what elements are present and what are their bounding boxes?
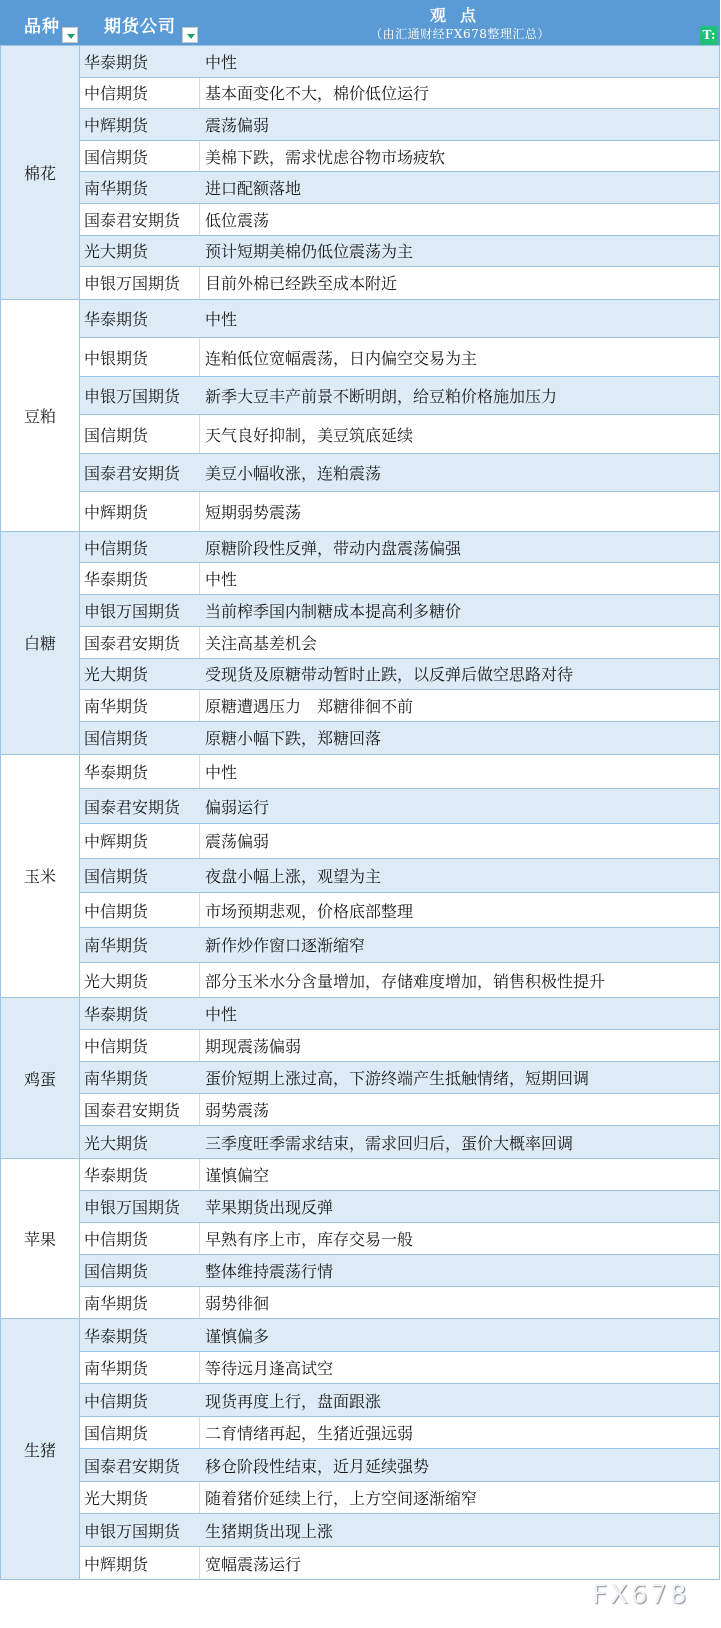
variety-cell: 苹果	[0, 1159, 80, 1318]
table-row: 申银万国期货目前外棉已经跌至成本附近	[80, 267, 720, 299]
company-cell: 国泰君安期货	[80, 1094, 200, 1125]
variety-cell: 鸡蛋	[0, 998, 80, 1158]
company-cell: 国信期货	[80, 722, 200, 754]
table-row: 国信期货天气良好抑制，美豆筑底延续	[80, 415, 720, 454]
view-cell: 新作炒作窗口逐渐缩窄	[200, 928, 719, 962]
table-row: 南华期货蛋价短期上涨过高，下游终端产生抵触情绪，短期回调	[80, 1062, 720, 1094]
table-row: 国泰君安期货美豆小幅收涨，连粕震荡	[80, 454, 720, 493]
table-row: 中信期货现货再度上行，盘面跟涨	[80, 1384, 720, 1417]
view-cell: 移仓阶段性结束，近月延续强势	[200, 1449, 719, 1481]
company-cell: 国泰君安期货	[80, 454, 200, 492]
variety-cell: 白糖	[0, 532, 80, 754]
view-cell: 二育情绪再起，生猪近强远弱	[200, 1417, 719, 1449]
view-cell: 早熟有序上市，库存交易一般	[200, 1223, 719, 1254]
view-cell: 中性	[200, 998, 719, 1029]
company-cell: 中银期货	[80, 338, 200, 376]
company-cell: 申银万国期货	[80, 267, 200, 299]
table-row: 国泰君安期货弱势震荡	[80, 1094, 720, 1126]
table-row: 华泰期货中性	[80, 755, 720, 790]
view-cell: 期现震荡偏弱	[200, 1030, 719, 1061]
variety-group: 生猪华泰期货谨慎偏多南华期货等待远月逢高试空中信期货现货再度上行，盘面跟涨国信期…	[0, 1319, 720, 1580]
company-cell: 申银万国期货	[80, 595, 200, 626]
company-cell: 国信期货	[80, 141, 200, 172]
table-row: 国泰君安期货偏弱运行	[80, 789, 720, 824]
table-row: 国信期货美棉下跌，需求忧虑谷物市场疲软	[80, 141, 720, 173]
view-cell: 天气良好抑制，美豆筑底延续	[200, 415, 719, 453]
view-cell: 谨慎偏空	[200, 1159, 719, 1190]
variety-group: 豆粕华泰期货中性中银期货连粕低位宽幅震荡，日内偏空交易为主申银万国期货新季大豆丰…	[0, 300, 720, 532]
company-cell: 国泰君安期货	[80, 627, 200, 658]
table-row: 国信期货二育情绪再起，生猪近强远弱	[80, 1417, 720, 1450]
view-cell: 三季度旺季需求结束，需求回归后，蛋价大概率回调	[200, 1126, 719, 1158]
view-cell: 原糖遭遇压力 郑糖徘徊不前	[200, 690, 719, 721]
view-cell: 原糖小幅下跌，郑糖回落	[200, 722, 719, 754]
company-cell: 南华期货	[80, 172, 200, 203]
view-cell: 中性	[200, 46, 719, 77]
company-cell: 中辉期货	[80, 492, 200, 531]
header-view-subtitle: （由汇通财经FX678整理汇总）	[200, 25, 720, 42]
company-cell: 国信期货	[80, 859, 200, 893]
header-view: 观点 （由汇通财经FX678整理汇总） T:	[200, 0, 720, 45]
company-cell: 中辉期货	[80, 1547, 200, 1580]
company-cell: 国泰君安期货	[80, 204, 200, 235]
table-row: 国泰君安期货关注高基差机会	[80, 627, 720, 659]
table-row: 中信期货原糖阶段性反弹，带动内盘震荡偏强	[80, 532, 720, 564]
table-row: 中辉期货宽幅震荡运行	[80, 1547, 720, 1580]
view-cell: 中性	[200, 755, 719, 789]
view-cell: 宽幅震荡运行	[200, 1547, 719, 1580]
view-cell: 基本面变化不大，棉价低位运行	[200, 78, 719, 109]
company-cell: 华泰期货	[80, 300, 200, 338]
table-row: 华泰期货谨慎偏空	[80, 1159, 720, 1191]
variety-filter-dropdown-icon[interactable]	[62, 27, 78, 43]
variety-cell: 玉米	[0, 755, 80, 998]
table-row: 国信期货夜盘小幅上涨，观望为主	[80, 859, 720, 894]
view-cell: 美棉下跌，需求忧虑谷物市场疲软	[200, 141, 719, 172]
view-cell: 偏弱运行	[200, 789, 719, 823]
table-row: 中信期货市场预期悲观，价格底部整理	[80, 893, 720, 928]
company-cell: 国信期货	[80, 1255, 200, 1286]
company-cell: 中信期货	[80, 1030, 200, 1061]
header-company-label: 期货公司	[104, 12, 176, 37]
table-row: 国泰君安期货移仓阶段性结束，近月延续强势	[80, 1449, 720, 1482]
futures-views-table: 品种 期货公司 观点 （由汇通财经FX678整理汇总） T: 棉花华泰期货中性中…	[0, 0, 720, 1580]
variety-cell: 豆粕	[0, 300, 80, 531]
company-cell: 光大期货	[80, 236, 200, 267]
company-cell: 中辉期货	[80, 824, 200, 858]
view-cell: 进口配额落地	[200, 172, 719, 203]
table-row: 国信期货整体维持震荡行情	[80, 1255, 720, 1287]
company-cell: 中信期货	[80, 1384, 200, 1416]
company-cell: 华泰期货	[80, 755, 200, 789]
view-cell: 短期弱势震荡	[200, 492, 719, 531]
view-cell: 新季大豆丰产前景不断明朗，给豆粕价格施加压力	[200, 377, 719, 415]
active-filter-icon[interactable]: T:	[700, 26, 718, 45]
table-body: 棉花华泰期货中性中信期货基本面变化不大，棉价低位运行中辉期货震荡偏弱国信期货美棉…	[0, 46, 720, 1580]
company-cell: 中信期货	[80, 78, 200, 109]
view-cell: 苹果期货出现反弹	[200, 1191, 719, 1222]
view-cell: 弱势徘徊	[200, 1287, 719, 1319]
watermark: FX678	[592, 1580, 689, 1610]
company-cell: 中信期货	[80, 1223, 200, 1254]
view-cell: 生猪期货出现上涨	[200, 1514, 719, 1546]
view-cell: 市场预期悲观，价格底部整理	[200, 893, 719, 927]
table-row: 申银万国期货当前榨季国内制糖成本提高利多糖价	[80, 595, 720, 627]
view-cell: 预计短期美棉仍低位震荡为主	[200, 236, 719, 267]
company-cell: 申银万国期货	[80, 377, 200, 415]
table-row: 中辉期货短期弱势震荡	[80, 492, 720, 531]
company-cell: 南华期货	[80, 1287, 200, 1319]
company-cell: 中信期货	[80, 893, 200, 927]
view-cell: 当前榨季国内制糖成本提高利多糖价	[200, 595, 719, 626]
company-cell: 光大期货	[80, 1126, 200, 1158]
header-company: 期货公司	[80, 0, 200, 45]
view-cell: 美豆小幅收涨，连粕震荡	[200, 454, 719, 492]
table-row: 中信期货基本面变化不大，棉价低位运行	[80, 78, 720, 110]
table-row: 申银万国期货苹果期货出现反弹	[80, 1191, 720, 1223]
company-cell: 光大期货	[80, 963, 200, 998]
header-view-title: 观点	[200, 3, 720, 26]
company-cell: 中辉期货	[80, 109, 200, 140]
table-row: 南华期货新作炒作窗口逐渐缩窄	[80, 928, 720, 963]
table-row: 南华期货弱势徘徊	[80, 1287, 720, 1319]
header-variety-label: 品种	[24, 12, 60, 37]
company-cell: 申银万国期货	[80, 1191, 200, 1222]
view-cell: 关注高基差机会	[200, 627, 719, 658]
table-row: 南华期货原糖遭遇压力 郑糖徘徊不前	[80, 690, 720, 722]
variety-group: 白糖中信期货原糖阶段性反弹，带动内盘震荡偏强华泰期货中性申银万国期货当前榨季国内…	[0, 532, 720, 755]
table-row: 国泰君安期货低位震荡	[80, 204, 720, 236]
table-row: 光大期货预计短期美棉仍低位震荡为主	[80, 236, 720, 268]
table-row: 中辉期货震荡偏弱	[80, 824, 720, 859]
table-row: 华泰期货中性	[80, 46, 720, 78]
table-row: 光大期货受现货及原糖带动暂时止跌，以反弹后做空思路对待	[80, 659, 720, 691]
company-cell: 国信期货	[80, 1417, 200, 1449]
variety-group: 鸡蛋华泰期货中性中信期货期现震荡偏弱南华期货蛋价短期上涨过高，下游终端产生抵触情…	[0, 998, 720, 1159]
table-row: 南华期货进口配额落地	[80, 172, 720, 204]
variety-group: 玉米华泰期货中性国泰君安期货偏弱运行中辉期货震荡偏弱国信期货夜盘小幅上涨，观望为…	[0, 755, 720, 999]
company-cell: 南华期货	[80, 1352, 200, 1384]
company-cell: 国泰君安期货	[80, 1449, 200, 1481]
table-header: 品种 期货公司 观点 （由汇通财经FX678整理汇总） T:	[0, 0, 720, 46]
view-cell: 连粕低位宽幅震荡，日内偏空交易为主	[200, 338, 719, 376]
company-cell: 国泰君安期货	[80, 789, 200, 823]
variety-cell: 生猪	[0, 1319, 80, 1579]
view-cell: 弱势震荡	[200, 1094, 719, 1125]
table-row: 华泰期货中性	[80, 300, 720, 339]
view-cell: 随着猪价延续上行，上方空间逐渐缩窄	[200, 1482, 719, 1514]
table-row: 国信期货原糖小幅下跌，郑糖回落	[80, 722, 720, 754]
view-cell: 夜盘小幅上涨，观望为主	[200, 859, 719, 893]
table-row: 申银万国期货生猪期货出现上涨	[80, 1514, 720, 1547]
company-cell: 光大期货	[80, 659, 200, 690]
company-cell: 中信期货	[80, 532, 200, 563]
company-cell: 南华期货	[80, 1062, 200, 1093]
view-cell: 中性	[200, 300, 719, 338]
variety-group: 苹果华泰期货谨慎偏空申银万国期货苹果期货出现反弹中信期货早熟有序上市，库存交易一…	[0, 1159, 720, 1319]
table-row: 申银万国期货新季大豆丰产前景不断明朗，给豆粕价格施加压力	[80, 377, 720, 416]
view-cell: 现货再度上行，盘面跟涨	[200, 1384, 719, 1416]
company-cell: 华泰期货	[80, 1159, 200, 1190]
table-row: 中信期货早熟有序上市，库存交易一般	[80, 1223, 720, 1255]
view-cell: 受现货及原糖带动暂时止跌，以反弹后做空思路对待	[200, 659, 719, 690]
view-cell: 震荡偏弱	[200, 824, 719, 858]
company-cell: 南华期货	[80, 928, 200, 962]
company-cell: 国信期货	[80, 415, 200, 453]
variety-cell: 棉花	[0, 46, 80, 299]
view-cell: 原糖阶段性反弹，带动内盘震荡偏强	[200, 532, 719, 563]
table-row: 华泰期货中性	[80, 563, 720, 595]
variety-group: 棉花华泰期货中性中信期货基本面变化不大，棉价低位运行中辉期货震荡偏弱国信期货美棉…	[0, 46, 720, 300]
company-cell: 华泰期货	[80, 1319, 200, 1351]
view-cell: 部分玉米水分含量增加，存储难度增加，销售积极性提升	[200, 963, 719, 998]
view-cell: 震荡偏弱	[200, 109, 719, 140]
table-row: 中信期货期现震荡偏弱	[80, 1030, 720, 1062]
company-filter-dropdown-icon[interactable]	[182, 27, 198, 43]
view-cell: 低位震荡	[200, 204, 719, 235]
company-cell: 申银万国期货	[80, 1514, 200, 1546]
header-variety: 品种	[0, 0, 80, 45]
table-row: 中辉期货震荡偏弱	[80, 109, 720, 141]
view-cell: 整体维持震荡行情	[200, 1255, 719, 1286]
table-row: 光大期货随着猪价延续上行，上方空间逐渐缩窄	[80, 1482, 720, 1515]
company-cell: 南华期货	[80, 690, 200, 721]
table-row: 华泰期货中性	[80, 998, 720, 1030]
view-cell: 等待远月逢高试空	[200, 1352, 719, 1384]
table-row: 华泰期货谨慎偏多	[80, 1319, 720, 1352]
company-cell: 华泰期货	[80, 46, 200, 77]
view-cell: 中性	[200, 563, 719, 594]
company-cell: 光大期货	[80, 1482, 200, 1514]
view-cell: 目前外棉已经跌至成本附近	[200, 267, 719, 299]
table-row: 光大期货三季度旺季需求结束，需求回归后，蛋价大概率回调	[80, 1126, 720, 1158]
table-row: 南华期货等待远月逢高试空	[80, 1352, 720, 1385]
view-cell: 蛋价短期上涨过高，下游终端产生抵触情绪，短期回调	[200, 1062, 719, 1093]
company-cell: 华泰期货	[80, 563, 200, 594]
view-cell: 谨慎偏多	[200, 1319, 719, 1351]
table-row: 中银期货连粕低位宽幅震荡，日内偏空交易为主	[80, 338, 720, 377]
company-cell: 华泰期货	[80, 998, 200, 1029]
table-row: 光大期货部分玉米水分含量增加，存储难度增加，销售积极性提升	[80, 963, 720, 998]
